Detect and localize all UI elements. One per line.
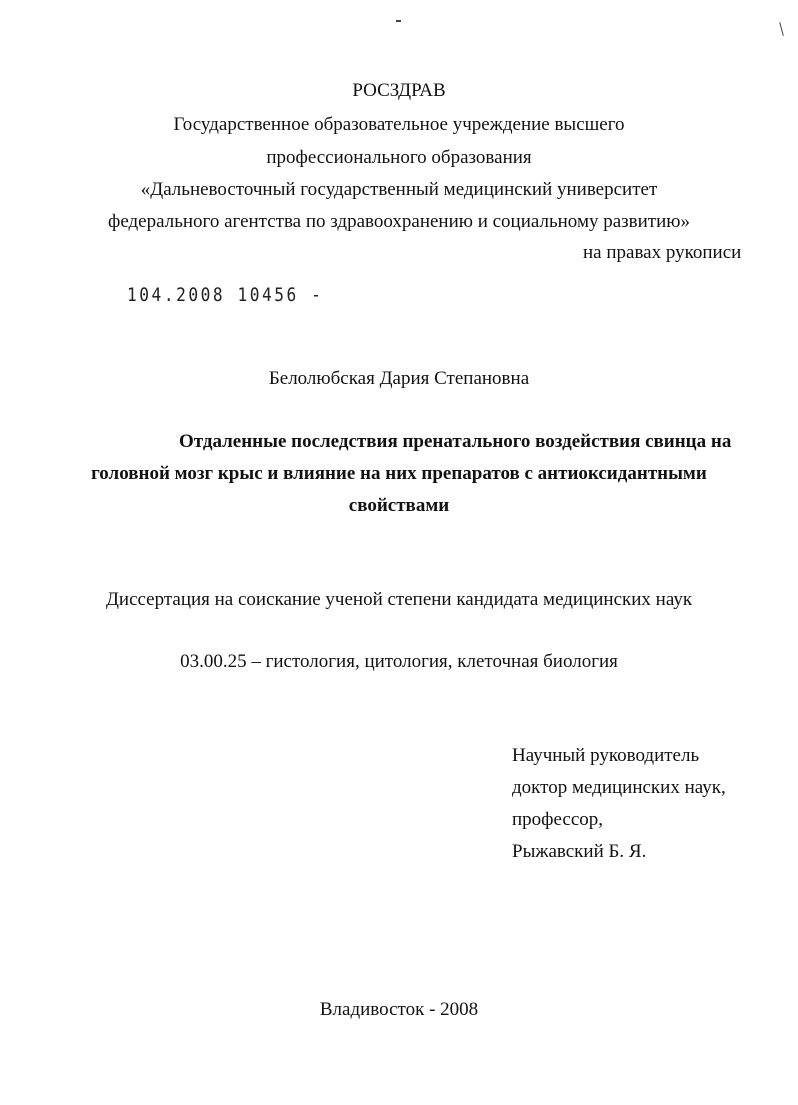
institution-line-1: Государственное образовательное учрежден…: [0, 113, 798, 137]
manuscript-note: на правах рукописи: [583, 241, 741, 265]
title-line-3: свойствами: [0, 494, 798, 518]
supervisor-label: Научный руководитель: [512, 744, 699, 768]
city-year: Владивосток - 2008: [0, 998, 798, 1022]
institution-line-2: профессионального образования: [0, 146, 798, 170]
scan-speck: [779, 22, 784, 36]
registration-stamp: 104.2008 10456 -: [127, 284, 323, 306]
supervisor-name: Рыжавский Б. Я.: [512, 840, 646, 864]
title-line-2: головной мозг крыс и влияние на них преп…: [0, 462, 798, 486]
scan-speck: [396, 20, 401, 22]
supervisor-degree: доктор медицинских наук,: [512, 776, 726, 800]
org-name: РОСЗДРАВ: [0, 79, 798, 103]
supervisor-rank: профессор,: [512, 808, 603, 832]
specialty: 03.00.25 – гистология, цитология, клеточ…: [0, 650, 798, 674]
degree-statement: Диссертация на соискание ученой степени …: [0, 588, 798, 612]
institution-line-3: «Дальневосточный государственный медицин…: [0, 178, 798, 202]
title-line-1: Отдаленные последствия пренатального воз…: [179, 430, 731, 454]
author-name: Белолюбская Дария Степановна: [0, 367, 798, 391]
institution-line-4: федерального агентства по здравоохранени…: [0, 210, 798, 234]
